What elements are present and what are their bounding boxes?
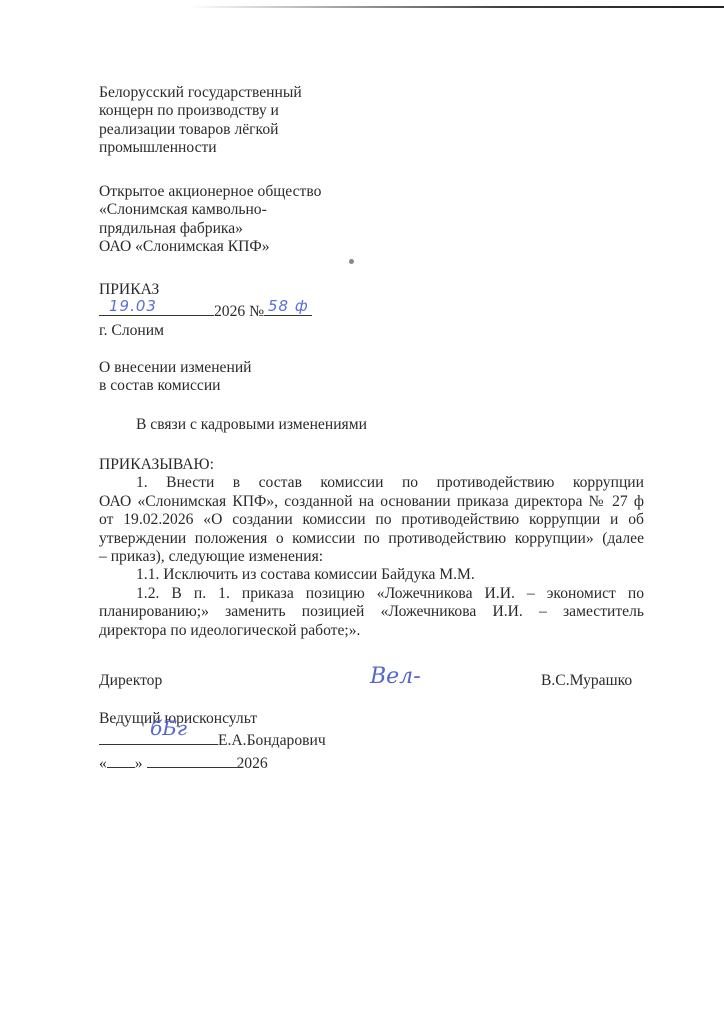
order-subject: О внесении изменений в состав комиссии [99, 359, 252, 396]
preamble: В связи с кадровыми изменениями [136, 416, 367, 434]
company-line: «Слонимская камвольно- [99, 201, 321, 219]
order-city: г. Слоним [99, 322, 312, 340]
director-title: Директор [99, 672, 162, 690]
order-number-handwritten: 58 ф [268, 297, 309, 315]
item1-1: 1.1. Исключить из состава комиссии Байду… [99, 566, 644, 584]
company-line: ОАО «Слонимская КПФ» [99, 238, 321, 256]
company-header: Открытое акционерное общество «Слонимска… [99, 183, 321, 257]
legal-title: Ведущий юрисконсульт [99, 710, 326, 728]
scan-artifact-dot [349, 259, 354, 264]
date-quote-open: « [99, 755, 107, 772]
date-month-field [147, 751, 237, 768]
subject-line: в состав комиссии [99, 377, 252, 395]
director-signature: Вел- [370, 664, 421, 689]
date-day-field [107, 751, 135, 768]
director-name: В.С.Мурашко [541, 672, 632, 690]
scan-edge-line [190, 6, 724, 8]
subject-line: О внесении изменений [99, 359, 252, 377]
item1-line: 1. Внести в состав комиссии по противоде… [99, 474, 644, 492]
item1-line: ОАО «Слонимская КПФ», созданной на основ… [99, 493, 644, 511]
concern-header: Белорусский государственный концерн по п… [99, 84, 302, 158]
legal-date-line: «» 2026 [99, 751, 326, 773]
order-date-number-line: 19.03 2026 № 58 ф [99, 299, 312, 321]
item1-line: от 19.02.2026 «О создании комиссии по пр… [99, 511, 644, 529]
order-heading: ПРИКАЗ 19.03 2026 № 58 ф г. Слоним [99, 281, 312, 340]
item1-2-line: директора по идеологической работе;». [99, 622, 644, 640]
order-date-handwritten: 19.03 [109, 297, 157, 315]
company-line: Открытое акционерное общество [99, 183, 321, 201]
legal-signature: бБг [150, 716, 187, 740]
order-body: ПРИКАЗЫВАЮ: 1. Внести в состав комиссии … [99, 456, 644, 640]
preamble-text: В связи с кадровыми изменениями [136, 416, 367, 434]
date-year: 2026 [237, 755, 268, 772]
concern-line: реализации товаров лёгкой [99, 121, 302, 139]
item1-line: утверждении положения о комиссии по прот… [99, 530, 644, 548]
company-line: прядильная фабрика» [99, 220, 321, 238]
order-year-label: 2026 № [214, 303, 264, 320]
concern-line: концерн по производству и [99, 102, 302, 120]
legal-name: Е.А.Бондарович [218, 732, 326, 749]
concern-line: промышленности [99, 139, 302, 157]
item1-2-line: планированию;» заменить позицией «Ложечн… [99, 603, 644, 621]
date-quote-close: » [135, 755, 143, 772]
order-word: ПРИКАЗЫВАЮ: [99, 456, 644, 474]
legal-approval: Ведущий юрисконсульт Е.А.Бондарович «» 2… [99, 710, 326, 773]
item1-2-line: 1.2. В п. 1. приказа позицию «Ложечников… [99, 585, 644, 603]
legal-sign-line: Е.А.Бондарович [99, 728, 326, 750]
order-number-field: 58 ф [264, 299, 312, 316]
concern-line: Белорусский государственный [99, 84, 302, 102]
item1-line: – приказ), следующие изменения: [99, 548, 644, 566]
order-date-field: 19.03 [99, 299, 214, 316]
